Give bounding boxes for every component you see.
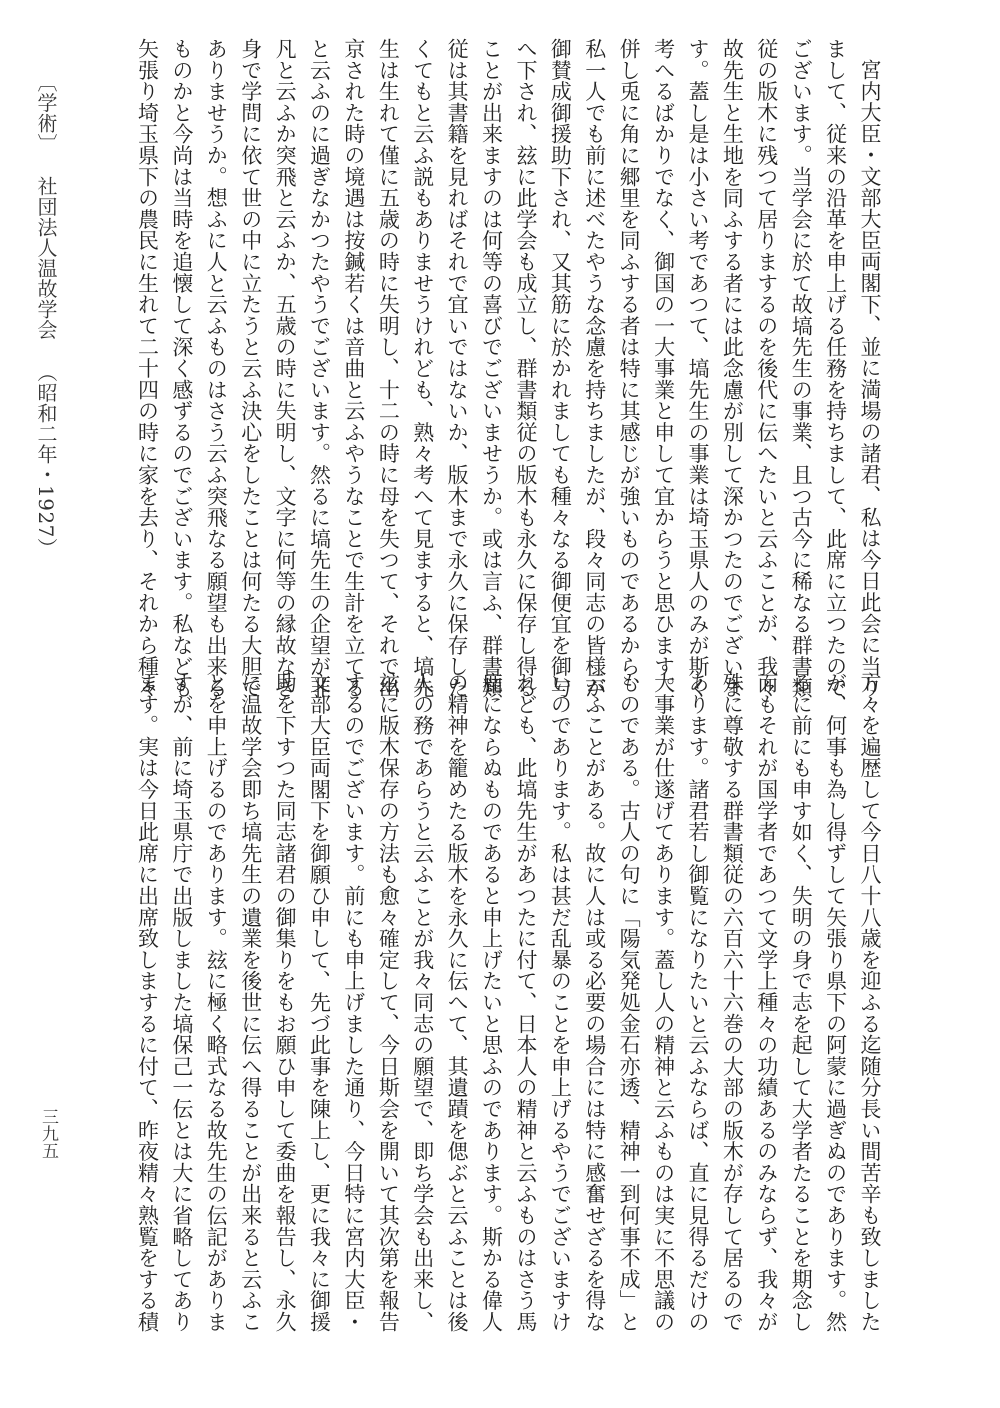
text-column: いのであります。私は甚だ乱暴のことを申上げるやうでございますけ (543, 672, 577, 1284)
text-column: するのでございます。前にも申上げました通り、今日特に宮内大臣・ (337, 672, 371, 1284)
text-column: が、何事も為し得ずして矢張り県下の阿蒙に過ぎぬのであります。然 (818, 672, 852, 1284)
text-column: 矢張り埼玉県下の農民に生れて二十四の時に家を去り、それから種々 (130, 38, 164, 650)
text-column: と云ふのに過ぎなかつたやうでございます。然るに塙先生の企望が非 (302, 38, 336, 650)
text-column: 宮内大臣・文部大臣両閣下、並に満場の諸君、私は今日此会に当り (853, 38, 887, 650)
text-column: ものである。古人の句に「陽気発処金石亦透、精神一到何事不成」と (612, 672, 646, 1284)
text-column: あります。諸君若し御覧になりたいと云ふならば、直に見得るだけの (681, 672, 715, 1284)
text-column: 玆に版木保存の方法も愈々確定して、今日斯会を開いて其次第を報告 (371, 672, 405, 1284)
text-column: の精神を籠めたる版木を永久に伝へて、其遺蹟を偲ぶと云ふことは後 (440, 672, 474, 1284)
text-column: すが、前に埼玉県庁で出版しました塙保己一伝とは大に省略してあり (164, 672, 198, 1284)
text-column: るに前にも申す如く、失明の身で志を起して大学者たることを期念し (784, 672, 818, 1284)
text-column: 助を下すつた同志諸君の御集りをもお願ひ申して委曲を報告し、永久 (268, 672, 302, 1284)
text-column: 生は生れて僅に五歳の時に失明し、十二の時に母を失つて、それで出 (371, 38, 405, 650)
text-column: とを申上げるのであります。玆に極く略式なる故先生の伝記がありま (199, 672, 233, 1284)
text-column: へ下され、玆に此学会も成立し、群書類従の版木も永久に保存し得る (509, 38, 543, 650)
text-column: 身で学問に依て世の中に立たうと云ふ決心をしたことは何たる大胆で (233, 38, 267, 650)
running-head-section: 〔学術〕 (34, 72, 58, 154)
text-column: れども、此塙先生があつたに付て、日本人の精神と云ふものはさう馬 (509, 672, 543, 1284)
text-column: まして、従来の沿革を申上げる任務を持ちまして、此席に立つたので (818, 38, 852, 650)
running-head-date: （昭和二年・1927） (34, 362, 58, 558)
running-head-publisher: 社団法人温故学会 (34, 176, 58, 340)
text-column: くてもと云ふ説もありませうけれども、熟々考へて見ますると、塙先 (405, 38, 439, 650)
text-column: 併し兎に角に郷里を同ふする者は特に其感じが強いものであるから、 (612, 38, 646, 650)
text-column: 殊に尊敬する群書類従の六百六十六巻の大部の版木が存して居るので (715, 672, 749, 1284)
text-column: 方々を遍歴して今日八十八歳を迎ふる迄随分長い間苦辛も致しました (853, 672, 887, 1284)
text-column: 凡と云ふか突飛と云ふか、五歳の時に失明し、文字に何等の縁故なき (268, 38, 302, 650)
page-number: 三九五 (36, 1108, 61, 1159)
text-block-top: 宮内大臣・文部大臣両閣下、並に満場の諸君、私は今日此会に当り まして、従来の沿革… (87, 38, 887, 650)
text-column: 京された時の境遇は按鍼若くは音曲と云ふやうなことで生計を立てる (337, 38, 371, 650)
text-column: ものかと今尚は当時を追懐して深く感ずるのでございます。私なども (164, 38, 198, 650)
text-column: 鹿にならぬものであると申上げたいと思ふのであります。斯かる偉人 (474, 672, 508, 1284)
text-column: 考へるばかりでなく、御国の一大事業と申して宜からうと思ひます。 (646, 38, 680, 650)
text-column: 云ふことがある。故に人は或る必要の場合には特に感奮せざるを得な (577, 672, 611, 1284)
text-column: に温故学会即ち塙先生の遺業を後世に伝へ得ることが出来ると云ふこ (233, 672, 267, 1284)
text-column: ありませうか。想ふに人と云ふものはさう云ふ突飛なる願望も出来る (199, 38, 233, 650)
text-column: ございます。当学会に於て故塙先生の事業、且つ古今に稀なる群書類 (784, 38, 818, 650)
text-column: 人の務であらうと云ふことが我々同志の願望で、即ち学会も出来し、 (405, 672, 439, 1284)
running-head: 〔学術〕社団法人温故学会（昭和二年・1927） (32, 72, 61, 558)
text-block-bottom: 方々を遍歴して今日八十八歳を迎ふる迄随分長い間苦辛も致しました が、何事も為し得… (87, 672, 887, 1284)
text-column: 故先生と生地を同ふする者には此念慮が別して深かつたのでございま (715, 38, 749, 650)
text-column: ます。実は今日此席に出席致しまするに付て、昨夜精々熟覧をする積 (130, 672, 164, 1284)
text-column: す。蓋し是は小さい考であつて、塙先生の事業は埼玉県人のみが斯く (681, 38, 715, 650)
text-column: 御賛成御援助下され、又其筋に於かれましても種々なる御便宜を御与 (543, 38, 577, 650)
text-column: 而もそれが国学者であつて文学上種々の功績あるのみならず、我々が (749, 672, 783, 1284)
text-column: 私一人でも前に述べたやうな念慮を持ちましたが、段々同志の皆様が (577, 38, 611, 650)
text-column: ことが出来ますのは何等の喜びでございませうか。或は言ふ、群書類 (474, 38, 508, 650)
text-column: 文部大臣両閣下を御願ひ申して、先づ此事を陳上し、更に我々に御援 (302, 672, 336, 1284)
text-column: 従は其書籍を見ればそれで宜いではないか、版木まで永久に保存した (440, 38, 474, 650)
text-column: 大事業が仕遂げてあります。蓋し人の精神と云ふものは実に不思議の (646, 672, 680, 1284)
text-column: 従の版木に残つて居りまするのを後代に伝へたいと云ふことが、我々 (749, 38, 783, 650)
